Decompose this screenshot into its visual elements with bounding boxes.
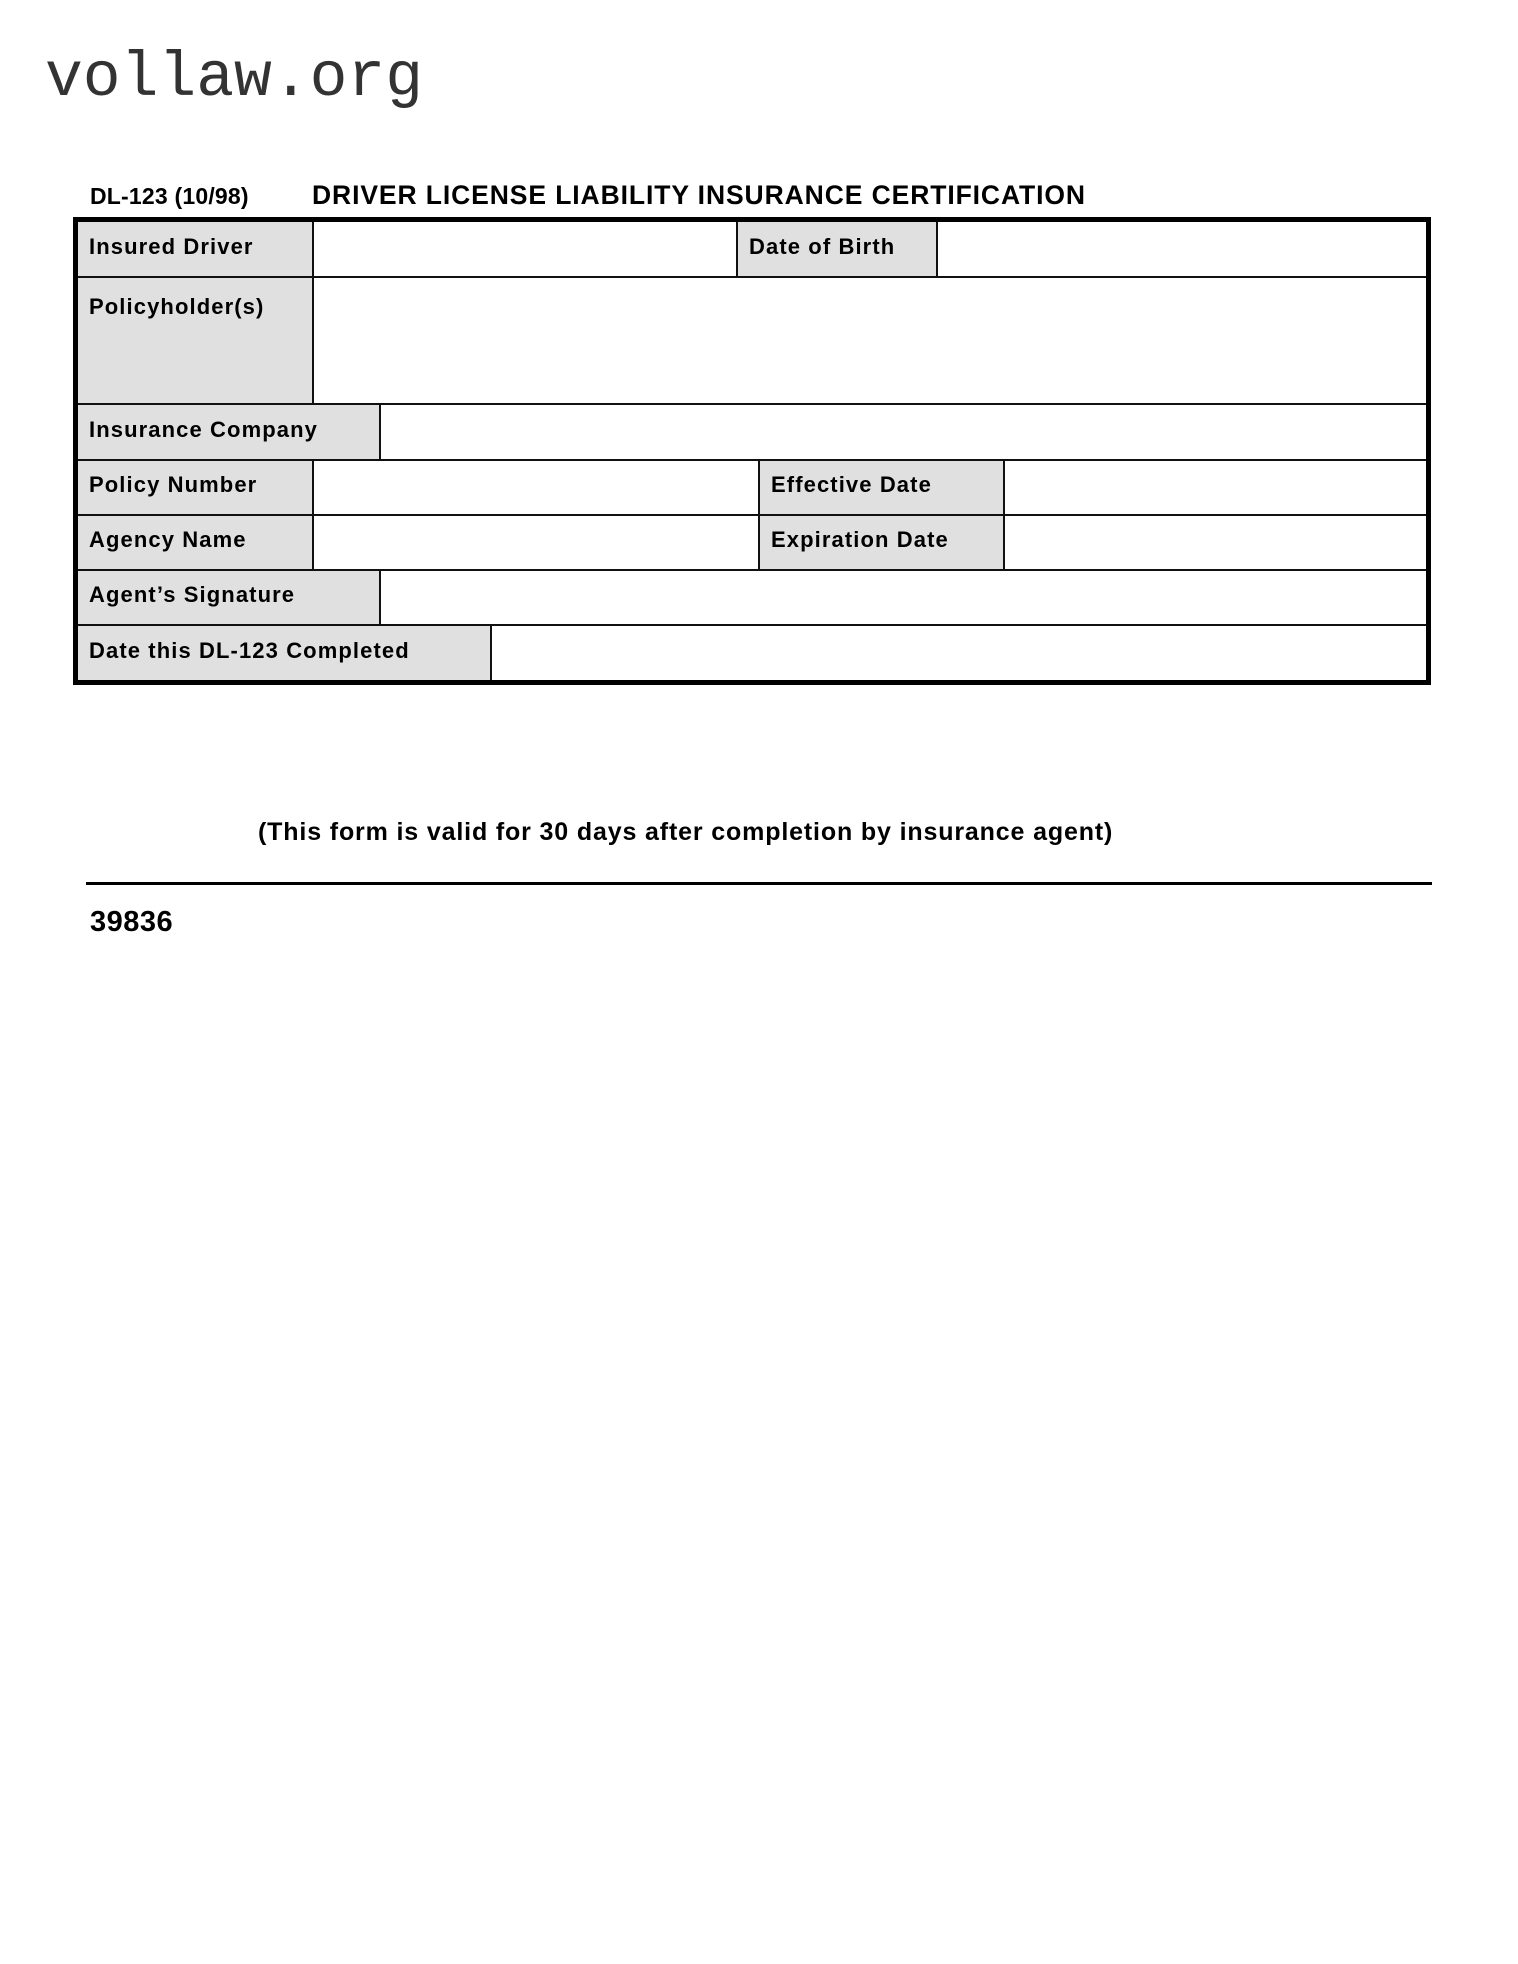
column-divider — [736, 222, 738, 276]
column-divider — [379, 569, 381, 624]
expiration-date-label: Expiration Date — [760, 516, 1003, 569]
column-divider — [490, 624, 492, 680]
column-divider — [379, 403, 381, 459]
column-divider — [1003, 459, 1005, 569]
insurance-company-field[interactable] — [381, 405, 1426, 459]
column-divider — [936, 222, 938, 276]
agents-signature-field[interactable] — [381, 571, 1426, 624]
certification-form: Insured Driver Date of Birth Policyholde… — [73, 217, 1431, 685]
row-divider — [78, 403, 1426, 405]
footer-divider — [86, 882, 1432, 885]
row-divider — [78, 459, 1426, 461]
form-code: DL-123 (10/98) — [90, 181, 249, 211]
date-of-birth-field[interactable] — [938, 222, 1426, 276]
insurance-company-label: Insurance Company — [78, 405, 379, 459]
validity-note: (This form is valid for 30 days after co… — [258, 816, 1113, 848]
effective-date-label: Effective Date — [760, 461, 1003, 514]
policyholders-label-text: Policyholder(s) — [89, 294, 312, 320]
policy-number-label-text: Policy Number — [89, 472, 312, 498]
policy-number-label: Policy Number — [78, 461, 312, 514]
insured-driver-label-text: Insured Driver — [89, 234, 312, 260]
policyholders-label: Policyholder(s) — [78, 278, 312, 403]
agency-name-label-text: Agency Name — [89, 527, 312, 553]
row-divider — [78, 276, 1426, 278]
effective-date-label-text: Effective Date — [771, 472, 1003, 498]
agency-name-field[interactable] — [314, 516, 758, 569]
expiration-date-label-text: Expiration Date — [771, 527, 1003, 553]
insured-driver-label: Insured Driver — [78, 222, 312, 276]
watermark: vollaw.org — [45, 44, 423, 114]
policyholders-field[interactable] — [314, 278, 1426, 403]
agents-signature-label-text: Agent’s Signature — [89, 582, 379, 608]
insurance-company-label-text: Insurance Company — [89, 417, 379, 443]
date-completed-label: Date this DL-123 Completed — [78, 626, 490, 680]
date-of-birth-label: Date of Birth — [738, 222, 936, 276]
row-divider — [78, 569, 1426, 571]
policy-number-field[interactable] — [314, 461, 758, 514]
date-completed-label-text: Date this DL-123 Completed — [89, 638, 490, 664]
agents-signature-label: Agent’s Signature — [78, 571, 379, 624]
column-divider — [312, 459, 314, 569]
date-of-birth-label-text: Date of Birth — [749, 234, 936, 260]
expiration-date-field[interactable] — [1005, 516, 1426, 569]
column-divider — [758, 459, 760, 569]
insured-driver-field[interactable] — [314, 222, 736, 276]
row-divider — [78, 514, 1426, 516]
agency-name-label: Agency Name — [78, 516, 312, 569]
column-divider — [312, 222, 314, 403]
effective-date-field[interactable] — [1005, 461, 1426, 514]
row-divider — [78, 624, 1426, 626]
form-number: 39836 — [90, 905, 173, 939]
date-completed-field[interactable] — [492, 626, 1426, 680]
form-title: DRIVER LICENSE LIABILITY INSURANCE CERTI… — [312, 179, 1086, 211]
